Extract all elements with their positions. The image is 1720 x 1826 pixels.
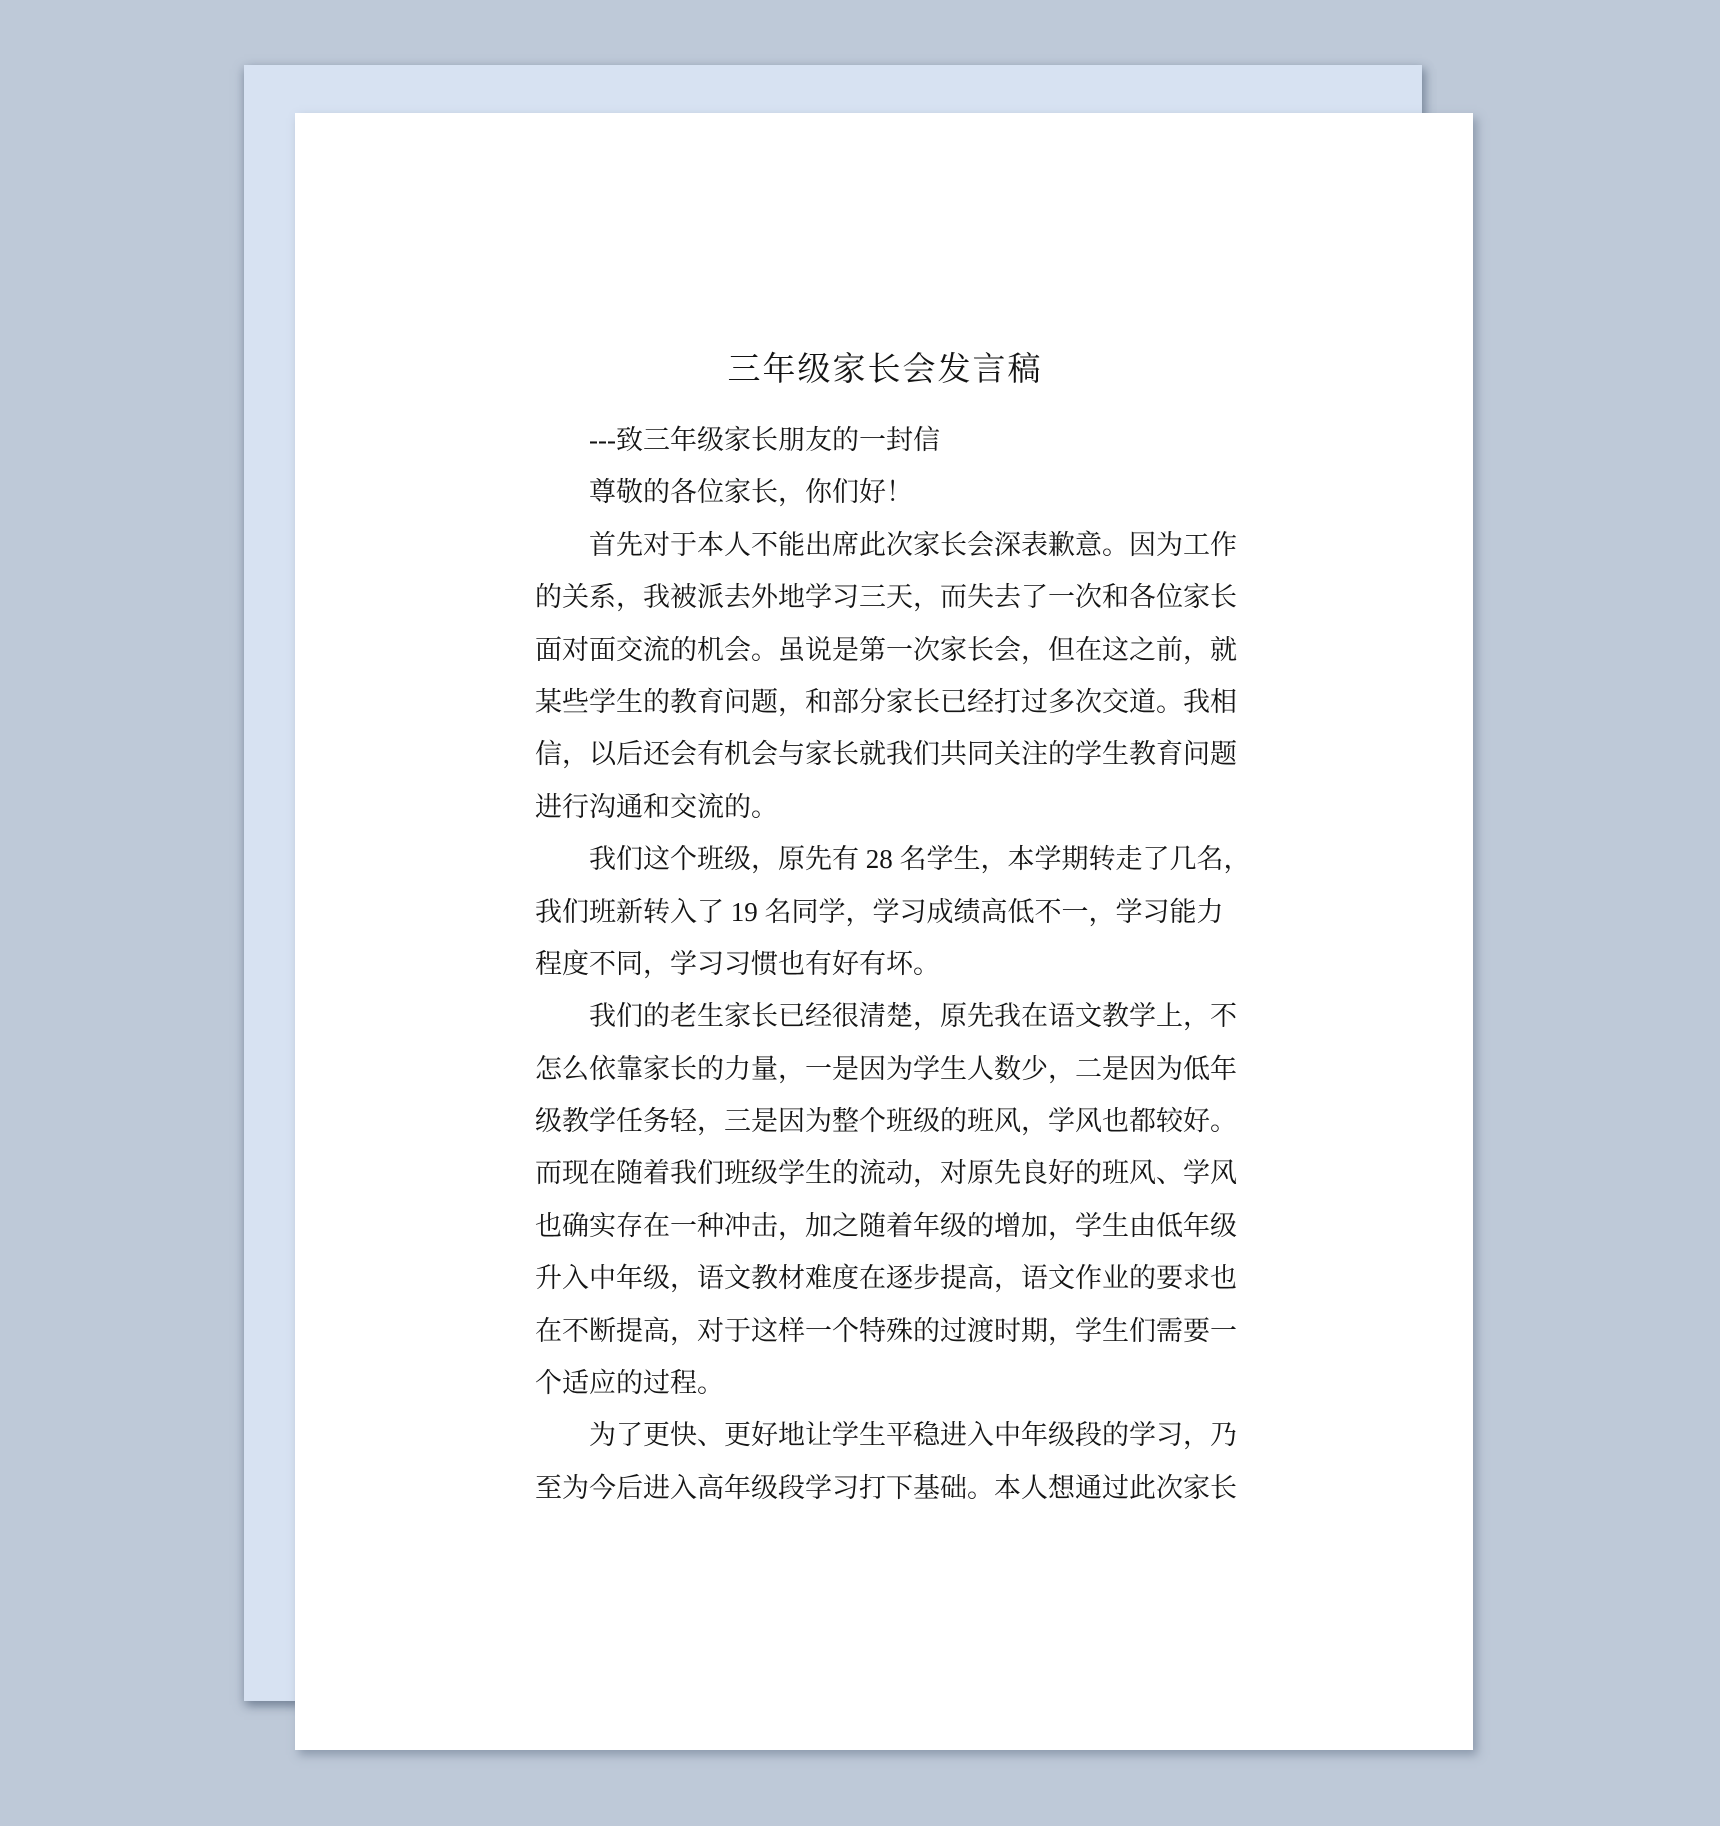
document-title: 三年级家长会发言稿 [535, 340, 1235, 400]
document-preview-canvas: 三年级家长会发言稿 ---致三年级家长朋友的一封信 尊敬的各位家长，你们好！ 首… [0, 0, 1720, 1826]
text-line: 进行沟通和交流的。 [535, 781, 1235, 833]
text-line: 程度不同，学习习惯也有好有坏。 [535, 938, 1235, 990]
text-line: 某些学生的教育问题，和部分家长已经打过多次交道。我相 [535, 676, 1235, 728]
document-content: 三年级家长会发言稿 ---致三年级家长朋友的一封信 尊敬的各位家长，你们好！ 首… [535, 113, 1235, 1514]
text-line: 在不断提高，对于这样一个特殊的过渡时期，学生们需要一 [535, 1305, 1235, 1357]
document-body: ---致三年级家长朋友的一封信 尊敬的各位家长，你们好！ 首先对于本人不能出席此… [535, 414, 1235, 1514]
text-line: 怎么依靠家长的力量，一是因为学生人数少，二是因为低年 [535, 1043, 1235, 1095]
text-line: 为了更快、更好地让学生平稳进入中年级段的学习，乃 [535, 1409, 1235, 1461]
text-line: ---致三年级家长朋友的一封信 [535, 414, 1235, 466]
text-line: 信，以后还会有机会与家长就我们共同关注的学生教育问题 [535, 728, 1235, 780]
text-line: 而现在随着我们班级学生的流动，对原先良好的班风、学风 [535, 1147, 1235, 1199]
text-line: 级教学任务轻，三是因为整个班级的班风，学风也都较好。 [535, 1095, 1235, 1147]
text-line: 我们的老生家长已经很清楚，原先我在语文教学上，不 [535, 990, 1235, 1042]
text-line: 升入中年级，语文教材难度在逐步提高，语文作业的要求也 [535, 1252, 1235, 1304]
text-line: 我们班新转入了 19 名同学，学习成绩高低不一，学习能力 [535, 886, 1235, 938]
text-line: 个适应的过程。 [535, 1357, 1235, 1409]
text-line: 至为今后进入高年级段学习打下基础。本人想通过此次家长 [535, 1462, 1235, 1514]
text-line: 尊敬的各位家长，你们好！ [535, 466, 1235, 518]
text-line: 也确实存在一种冲击，加之随着年级的增加，学生由低年级 [535, 1200, 1235, 1252]
front-page-sheet: 三年级家长会发言稿 ---致三年级家长朋友的一封信 尊敬的各位家长，你们好！ 首… [295, 113, 1473, 1750]
text-line: 的关系，我被派去外地学习三天，而失去了一次和各位家长 [535, 571, 1235, 623]
text-line: 首先对于本人不能出席此次家长会深表歉意。因为工作 [535, 519, 1235, 571]
text-line: 面对面交流的机会。虽说是第一次家长会，但在这之前，就 [535, 624, 1235, 676]
text-line: 我们这个班级，原先有 28 名学生，本学期转走了几名， [535, 833, 1235, 885]
